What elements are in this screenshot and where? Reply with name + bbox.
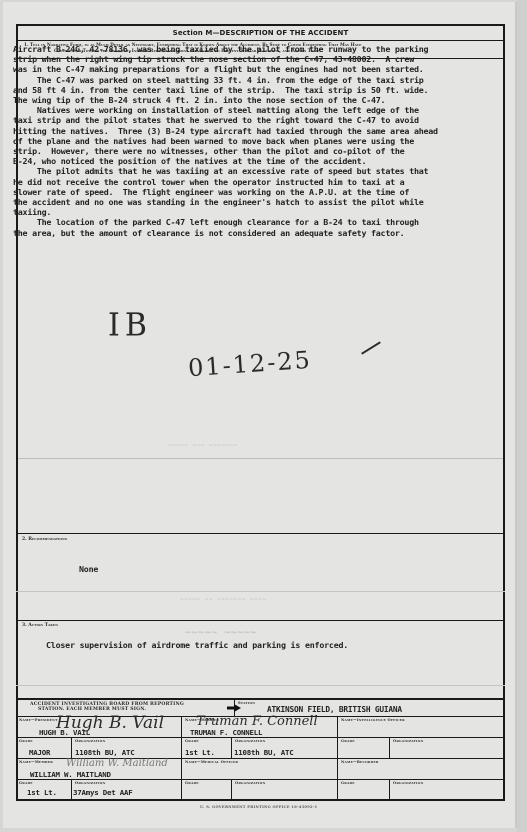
narrative-line: Natives were working on installation of …	[13, 105, 488, 115]
member-grade: 1st Lt.	[185, 748, 215, 757]
printer-imprint: U. S. GOVERNMENT PRINTING OFFICE 16-4309…	[200, 805, 317, 809]
faint-rule	[16, 591, 505, 592]
action-taken-label: 3. Action Taken	[22, 623, 58, 628]
recommendations-text: None	[79, 564, 98, 574]
president-name-cell: Name—President HUGH B. VAIL Hugh B. Vail	[16, 717, 182, 738]
narrative-line: taxiing.	[13, 207, 488, 217]
narrative-line: B-24, who noticed the position of the na…	[13, 156, 488, 166]
grade-cell: Grade 1st Lt.	[16, 780, 72, 799]
board-signature-table: ACCIDENT INVESTIGATING BOARD FROM REPORT…	[16, 698, 505, 801]
member-name: TRUMAN F. CONNELL	[190, 728, 262, 737]
member-name-cell: Name—Member TRUMAN F. CONNELL Truman F. …	[182, 717, 338, 738]
organization-cell: Organization 1108th BU, ATC	[232, 738, 338, 759]
name-label: Name—Recorder	[341, 760, 379, 764]
faint-rule	[16, 685, 505, 686]
grade-label: Grade	[19, 739, 33, 743]
narrative-line: The C-47 was parked on steel matting 33 …	[13, 75, 488, 85]
narrative-line: of the plane and the natives had been wa…	[13, 136, 488, 146]
member-name-cell: Name—Member WILLIAM W. MAITLAND William …	[16, 759, 182, 780]
member-organization: 37Amys Det AAF	[73, 788, 133, 797]
medical-officer-name-cell: Name—Medical Officer	[182, 759, 338, 780]
member-grade: 1st Lt.	[27, 788, 57, 797]
name-label: Name—President	[19, 718, 58, 722]
handwritten-initials: IB	[108, 307, 152, 344]
organization-label: Organization	[235, 739, 265, 743]
grade-label: Grade	[185, 739, 199, 743]
member-organization: 1108th BU, ATC	[234, 748, 294, 757]
organization-label: Organization	[393, 781, 423, 785]
faint-rule	[18, 458, 503, 459]
name-label: Name—Member	[19, 760, 53, 764]
grade-cell: Grade	[338, 780, 390, 799]
narrative-line: The pilot admits that he was taxiing at …	[13, 166, 488, 176]
bleed-through-signature: ~~~~~ ~~~~~	[185, 627, 257, 638]
narrative-line: slower rate of speed. The flight enginee…	[13, 187, 488, 197]
grade-cell: Grade	[182, 780, 232, 799]
organization-label: Organization	[393, 739, 423, 743]
intelligence-officer-name-cell: Name—Intelligence Officer	[338, 717, 505, 738]
grade-label: Grade	[341, 739, 355, 743]
narrative-text: Aircraft B-24G, 42-78136, was being taxi…	[13, 44, 488, 238]
organization-label: Organization	[75, 739, 105, 743]
narrative-line: strip when the right wing tip struck the…	[13, 54, 488, 64]
president-signature: Hugh B. Vail	[56, 713, 164, 733]
name-label: Name—Medical Officer	[185, 760, 238, 764]
narrative-line: was in the C-47 making preparations for …	[13, 64, 488, 74]
organization-cell: Organization	[232, 780, 338, 799]
organization-cell: Organization 37Amys Det AAF	[72, 780, 182, 799]
organization-cell: Organization	[390, 780, 505, 799]
bleed-through-text: ~~~~~ ~~~ ~~~~~~~	[168, 442, 238, 449]
grade-label: Grade	[19, 781, 33, 785]
grade-cell: Grade MAJOR	[16, 738, 72, 759]
member-signature: Truman F. Connell	[196, 714, 318, 729]
narrative-line: hitting the natives. Three (3) B-24 type…	[13, 126, 488, 136]
member-signature: William W. Maitland	[66, 758, 168, 769]
narrative-line: the area, but the amount of clearance is…	[13, 228, 488, 238]
station-value: ATKINSON FIELD, BRITISH GUIANA	[267, 705, 402, 714]
grade-label: Grade	[185, 781, 199, 785]
organization-cell: Organization 1108th BU, ATC	[72, 738, 182, 759]
recommendations-divider	[16, 533, 505, 534]
narrative-line: The wing tip of the B-24 struck 4 ft. 2 …	[13, 95, 488, 105]
action-taken-text: Closer supervision of airdrome traffic a…	[46, 640, 348, 650]
grade-cell: Grade	[338, 738, 390, 759]
name-label: Name—Intelligence Officer	[341, 718, 405, 722]
action-divider	[16, 620, 505, 621]
president-organization: 1108th BU, ATC	[75, 748, 135, 757]
board-label-line-2: STATION. EACH MEMBER MUST SIGN.	[30, 707, 230, 712]
narrative-line: Aircraft B-24G, 42-78136, was being taxi…	[13, 44, 488, 54]
narrative-line: The location of the parked C-47 left eno…	[13, 217, 488, 227]
recorder-name-cell: Name—Recorder	[338, 759, 505, 780]
grade-label: Grade	[341, 781, 355, 785]
narrative-line: and 58 ft 4 in. from the center taxi lin…	[13, 85, 488, 95]
organization-cell: Organization	[390, 738, 505, 759]
narrative-line: he did not receive the control tower whe…	[13, 177, 488, 187]
board-label: ACCIDENT INVESTIGATING BOARD FROM REPORT…	[30, 702, 230, 712]
section-title: Section M—DESCRIPTION OF THE ACCIDENT	[18, 26, 503, 41]
member-name: WILLIAM W. MAITLAND	[30, 770, 111, 779]
narrative-line: the accident and no one was standing in …	[13, 197, 488, 207]
organization-label: Organization	[235, 781, 265, 785]
narrative-line: strip. However, there were no witnesses,…	[13, 146, 488, 156]
grade-cell: Grade 1st Lt.	[182, 738, 232, 759]
page-edge	[517, 0, 527, 832]
recommendations-label: 2. Recommendations	[22, 537, 67, 542]
bleed-through-text: ~~~~~ ~~ ~~~~~~~ ~~~~	[180, 596, 266, 603]
station-label: Station	[238, 701, 255, 705]
president-grade: MAJOR	[29, 748, 50, 757]
organization-label: Organization	[75, 781, 105, 785]
narrative-line: taxi strip and the pilot states that he …	[13, 115, 488, 125]
